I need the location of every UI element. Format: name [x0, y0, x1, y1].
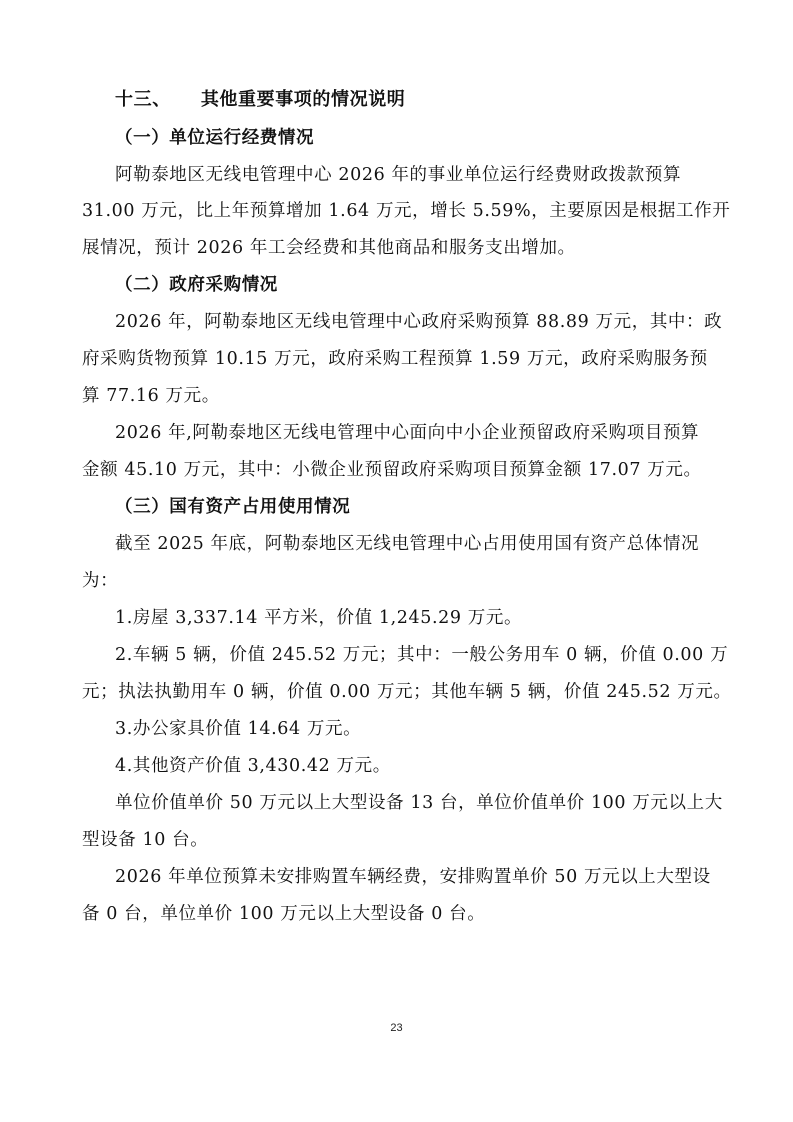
paragraph-line: 型设备 10 台。	[82, 828, 712, 852]
subsection-heading-1: （一）单位运行经费情况	[115, 126, 712, 150]
paragraph-line: 展情况，预计 2026 年工会经费和其他商品和服务支出增加。	[82, 236, 712, 260]
paragraph-line: 单位价值单价 50 万元以上大型设备 13 台，单位价值单价 100 万元以上大	[115, 791, 712, 815]
paragraph-line: 备 0 台，单位单价 100 万元以上大型设备 0 台。	[82, 902, 712, 926]
paragraph-line: 元；执法执勤用车 0 辆，价值 0.00 万元；其他车辆 5 辆，价值 245.…	[82, 680, 712, 704]
paragraph-line: 2026 年单位预算未安排购置车辆经费，安排购置单价 50 万元以上大型设	[115, 865, 712, 889]
section-title: 其他重要事项的情况说明	[201, 89, 406, 110]
paragraph-line: 2026 年,阿勒泰地区无线电管理中心面向中小企业预留政府采购项目预算	[115, 421, 712, 445]
paragraph-line: 算 77.16 万元。	[82, 384, 712, 408]
paragraph-line: 31.00 万元，比上年预算增加 1.64 万元，增长 5.59%，主要原因是根…	[82, 199, 712, 223]
paragraph-line: 截至 2025 年底，阿勒泰地区无线电管理中心占用使用国有资产总体情况	[115, 532, 712, 556]
section-heading: 十三、其他重要事项的情况说明	[115, 88, 712, 112]
subsection-heading-3: （三）国有资产占用使用情况	[115, 495, 712, 519]
subsection-heading-2: （二）政府采购情况	[115, 273, 712, 297]
list-item-housing: 1.房屋 3,337.14 平方米，价值 1,245.29 万元。	[115, 606, 712, 630]
paragraph-line: 阿勒泰地区无线电管理中心 2026 年的事业单位运行经费财政拨款预算	[115, 163, 712, 187]
page-number: 23	[0, 1022, 793, 1034]
section-number: 十三、	[115, 89, 171, 110]
document-page: 十三、其他重要事项的情况说明 （一）单位运行经费情况 阿勒泰地区无线电管理中心 …	[0, 0, 793, 1122]
paragraph-line: 金额 45.10 万元，其中：小微企业预留政府采购项目预算金额 17.07 万元…	[82, 458, 712, 482]
list-item-vehicles: 2.车辆 5 辆，价值 245.52 万元；其中：一般公务用车 0 辆，价值 0…	[115, 643, 712, 667]
paragraph-line: 2026 年，阿勒泰地区无线电管理中心政府采购预算 88.89 万元，其中：政	[115, 310, 712, 334]
paragraph-line: 府采购货物预算 10.15 万元，政府采购工程预算 1.59 万元，政府采购服务…	[82, 347, 712, 371]
list-item-other-assets: 4.其他资产价值 3,430.42 万元。	[115, 754, 712, 778]
paragraph-line: 为：	[82, 569, 712, 593]
list-item-furniture: 3.办公家具价值 14.64 万元。	[115, 717, 712, 741]
